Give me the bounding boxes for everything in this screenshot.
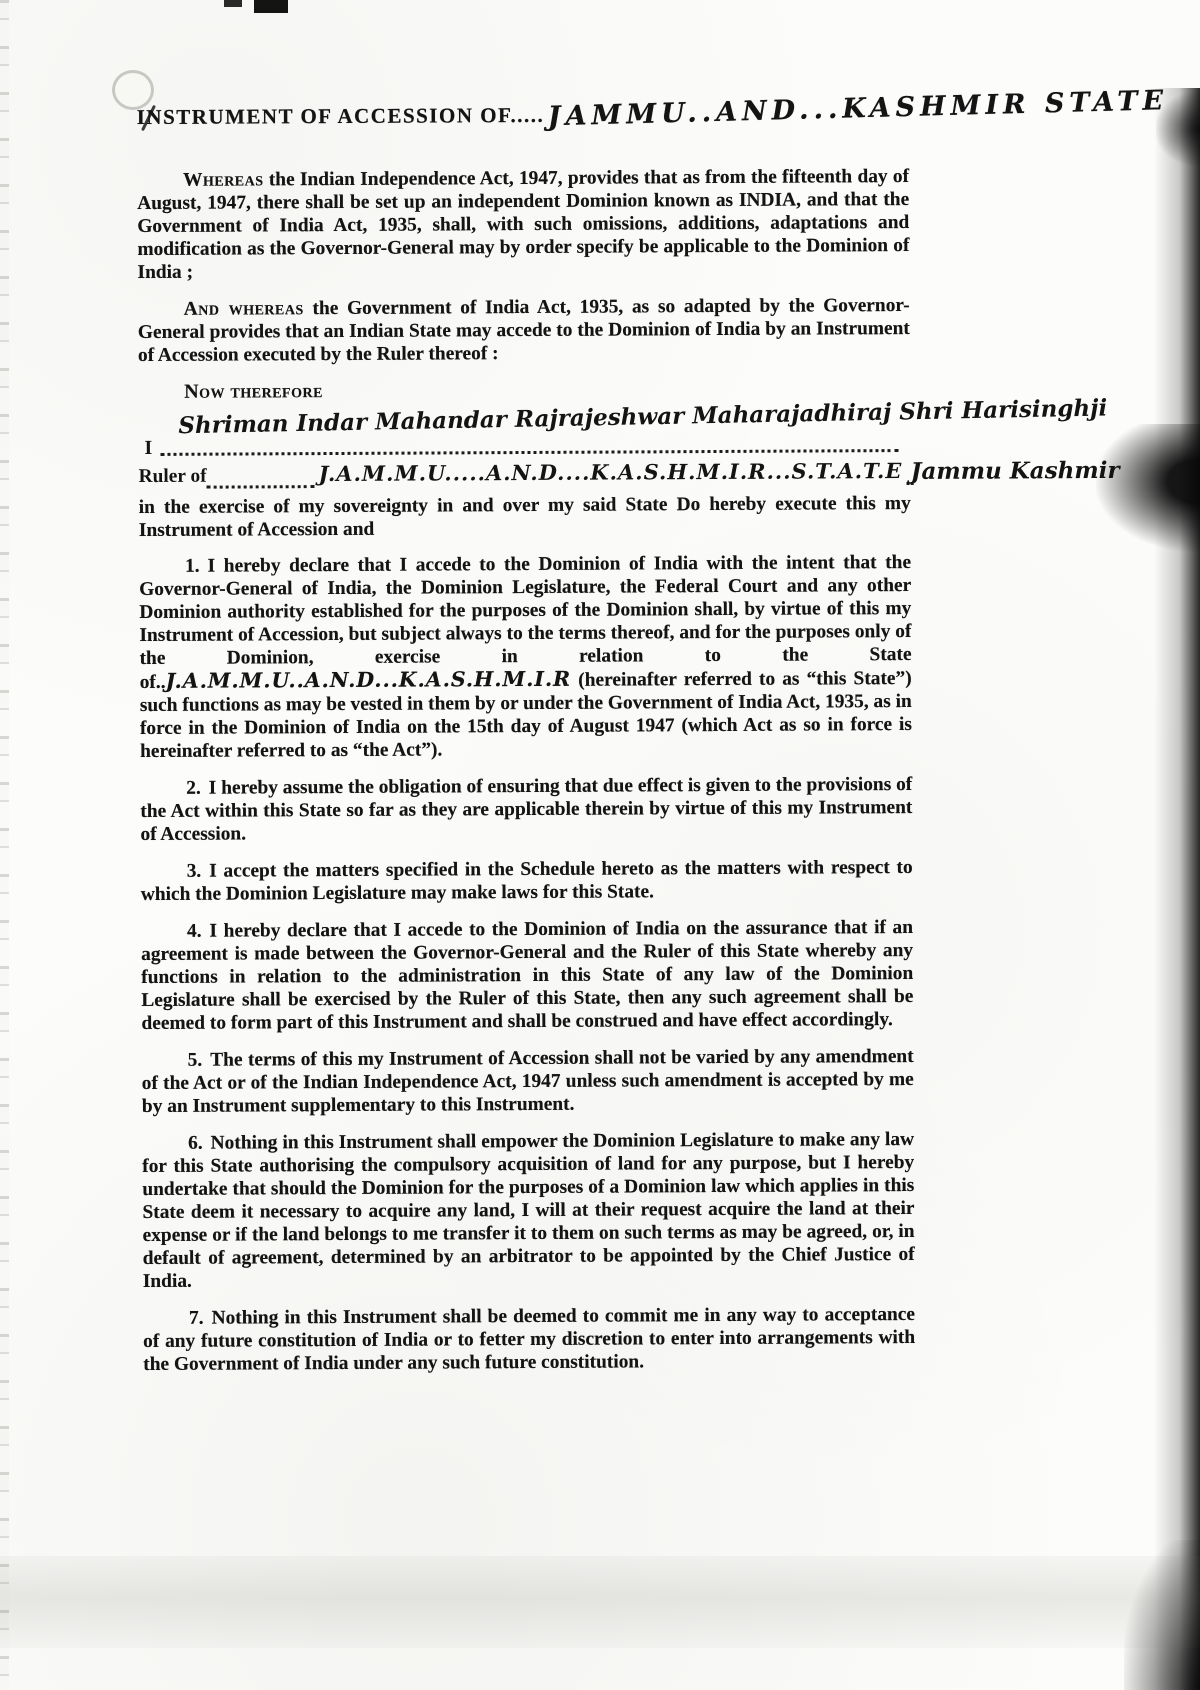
recital-lead: And whereas — [184, 298, 304, 320]
top-edge-mark — [254, 0, 288, 13]
scanned-document-page: { "colors": { "paper": "#fcfcfa", "ink":… — [0, 0, 1200, 1690]
clause-text: Nothing in this Instrument shall be deem… — [143, 1304, 915, 1375]
clause-text: I hereby assume the obligation of ensuri… — [140, 774, 912, 845]
clause-number: 4. — [187, 921, 202, 942]
recital-lead: Whereas — [183, 169, 264, 190]
dotted-leader — [160, 449, 898, 456]
left-edge-artifacts — [0, 0, 9, 1690]
declaration-continuation: in the exercise of my sovereignty in and… — [139, 492, 911, 542]
ruler-of-label: Ruler of — [139, 466, 207, 488]
clause-number: 1. — [185, 556, 200, 577]
ruler-of-line: Ruler of J.A.M.M.U.....A.N.D....K.A.S.H.… — [139, 458, 911, 494]
clause-2: 2.I hereby assume the obligation of ensu… — [140, 773, 912, 846]
clause-number: 5. — [188, 1050, 203, 1071]
document-body: INSTRUMENT OF ACCESSION OF.....JAMMU..AN… — [137, 96, 916, 1390]
margin-annotation: Jammu Kashmir — [911, 457, 1120, 485]
clause-text: Nothing in this Instrument shall empower… — [142, 1129, 915, 1292]
clause-1: 1.I hereby declare that I accede to the … — [139, 551, 912, 763]
handwritten-state-name: J.A.M.M.U.....A.N.D....K.A.S.H.M.I.R...S… — [315, 458, 907, 486]
clause-4: 4.I hereby declare that I accede to the … — [141, 916, 914, 1035]
clause-text: The terms of this my Instrument of Acces… — [142, 1046, 914, 1117]
pronoun-i: I — [144, 437, 152, 460]
clause-number: 3. — [187, 861, 202, 882]
clause-number: 7. — [189, 1308, 204, 1329]
page-title-typed: INSTRUMENT OF ACCESSION OF..... — [137, 103, 545, 129]
top-edge-mark — [224, 0, 242, 7]
clause-text: I accept the matters specified in the Sc… — [141, 857, 913, 905]
handwritten-state-name-inline: J.A.M.M.U..A.N.D...K.A.S.H.M.I.R — [165, 667, 571, 693]
spine-shadow — [1154, 88, 1200, 1690]
page-title-handwritten-state: JAMMU..AND...KASHMIR STATE — [548, 85, 1169, 132]
clause-3: 3.I accept the matters specified in the … — [141, 856, 913, 906]
clause-5: 5.The terms of this my Instrument of Acc… — [142, 1045, 914, 1118]
clause-6: 6.Nothing in this Instrument shall empow… — [142, 1128, 915, 1293]
signature-name-line: I Shriman Indar Mahandar Rajrajeshwar Ma… — [138, 418, 910, 462]
dotted-leader — [207, 485, 315, 489]
recital-and-whereas: And whereas the Government of India Act,… — [138, 294, 910, 367]
clause-number: 6. — [188, 1133, 203, 1154]
clause-number: 2. — [186, 778, 201, 799]
clause-7: 7.Nothing in this Instrument shall be de… — [143, 1303, 915, 1376]
bottom-scan-band — [0, 1556, 1200, 1648]
page-title: INSTRUMENT OF ACCESSION OF.....JAMMU..AN… — [137, 96, 909, 131]
spine-shadow-blob — [1096, 424, 1200, 552]
recital-whereas: Whereas the Indian Independence Act, 194… — [137, 165, 910, 284]
clause-text: I hereby declare that I accede to the Do… — [141, 917, 913, 1034]
